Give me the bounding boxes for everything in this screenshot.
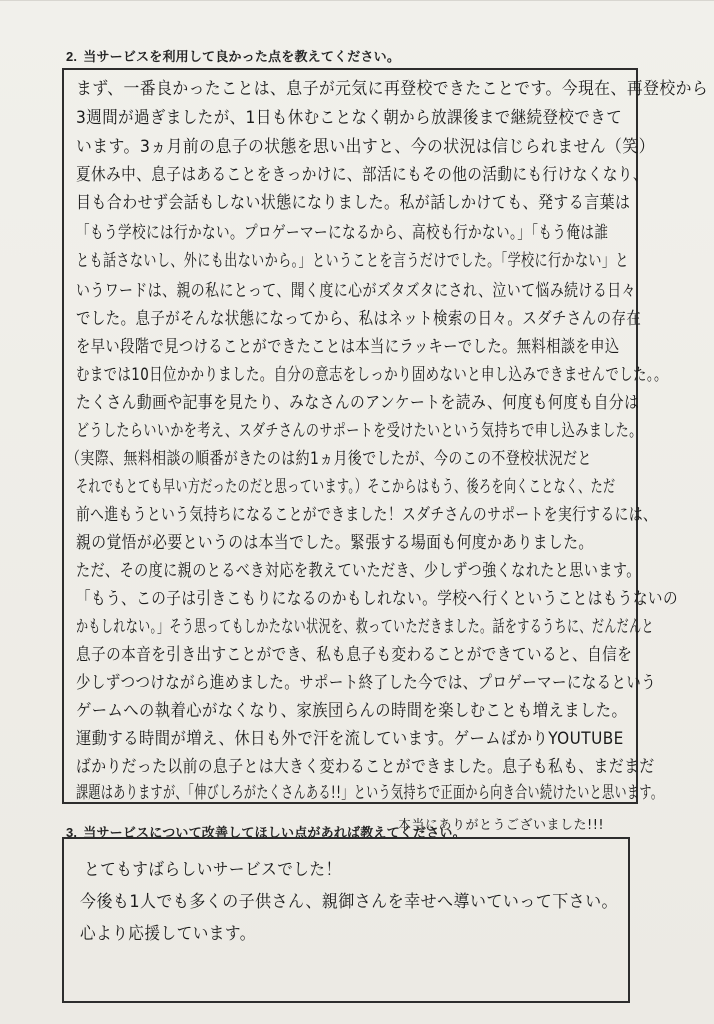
answer-line: 目も合わせず会話もしない状態になりました。私が話しかけても、発する言葉は bbox=[76, 188, 630, 213]
answer-line: 夏休み中、息子はあることをきっかけに、部活にもその他の活動にも行けなくなり、 bbox=[76, 160, 648, 185]
question-2-answer-box: まず、一番良かったことは、息子が元気に再登校できたことです。今現在、再登校から … bbox=[62, 68, 638, 804]
answer-line: 「もう、この子は引きこもりになるのかもしれない。学校へ行くということはもうないの bbox=[76, 584, 678, 609]
answer-line: まず、一番良かったことは、息子が元気に再登校できたことです。今現在、再登校から bbox=[76, 74, 708, 99]
survey-page: 2.当サービスを利用して良かった点を教えてください。 まず、一番良かったことは、… bbox=[0, 0, 714, 1024]
answer-line: たくさん動画や記事を見たり、みなさんのアンケートを読み、何度も何度も自分は bbox=[76, 388, 639, 413]
question-2-heading: 2.当サービスを利用して良かった点を教えてください。 bbox=[66, 46, 400, 65]
answer-line: を早い段階で見つけることができたことは本当にラッキーでした。無料相談を申込 bbox=[76, 332, 620, 357]
answer-line: とてもすばらしいサービスでした！ bbox=[84, 855, 342, 880]
answer-line: 親の覚悟が必要というのは本当でした。緊張する場面も何度かありました。 bbox=[76, 528, 594, 553]
question-3-answer-box: とてもすばらしいサービスでした！ 今後も1人でも多くの子供さん、親御さんを幸せへ… bbox=[62, 837, 630, 1003]
answer-line: （実際、無料相談の順番がきたのは約1ヵ月後でしたが、今のこの不登校状況だと bbox=[66, 444, 592, 469]
answer-line: ゲームへの執着心がなくなり、家族団らんの時間を楽しむことも増えました。 bbox=[76, 696, 627, 721]
answer-line: 前へ進もうという気持ちになることができました！スダチさんのサポートを実行するには… bbox=[76, 500, 657, 525]
question-2-number: 2. bbox=[66, 49, 77, 64]
answer-line: どうしたらいいかを考え、スダチさんのサポートを受けたいという気持ちで申し込みまし… bbox=[76, 416, 643, 441]
answer-line: でした。息子がそんな状態になってから、私はネット検索の日々。スダチさんの存在 bbox=[76, 304, 641, 329]
question-2-title: 当サービスを利用して良かった点を教えてください。 bbox=[83, 49, 400, 64]
answer-line: とも話さないし、外にも出ないから。」ということを言うだけでした。「学校に行かない… bbox=[76, 246, 629, 271]
answer-line: 3週間が過ぎましたが、1日も休むことなく朝から放課後まで継続登校できて bbox=[76, 103, 622, 128]
answer-line: 少しずつつけながら進めました。サポート終了した今では、プロゲーマーになるという bbox=[76, 668, 656, 693]
answer-line: かもしれない。」そう思ってもしかたない状況を、救っていただきました。話をするうち… bbox=[76, 612, 654, 637]
answer-line: いうワードは、親の私にとって、聞く度に心がズタズタにされ、泣いて悩み続ける日々 bbox=[76, 276, 636, 301]
answer-line: むまでは10日位かかりました。自分の意志をしっかり固めないと申し込みできませんで… bbox=[76, 360, 668, 385]
answer-line: 今後も1人でも多くの子供さん、親御さんを幸せへ導いていって下さい。 bbox=[80, 887, 618, 912]
answer-line: 心より応援しています。 bbox=[80, 919, 256, 944]
answer-line: ばかりだった以前の息子とは大きく変わることができました。息子も私も、まだまだ bbox=[76, 752, 655, 777]
answer-line: 息子の本音を引き出すことができ、私も息子も変わることができていると、自信を bbox=[76, 640, 632, 665]
answer-line: 課題はありますが、「伸びしろがたくさんある!!」という気持ちで正面から向き合い続… bbox=[76, 778, 663, 803]
answer-line: それでもとても早い方だったのだと思っています。）そこからはもう、後ろを向くことな… bbox=[76, 472, 615, 497]
answer-line: います。3ヵ月前の息子の状態を思い出すと、今の状況は信じられません（笑） bbox=[76, 132, 655, 157]
answer-line: 「もう学校には行かない。プロゲーマーになるから、高校も行かない。」「もう俺は誰 bbox=[76, 218, 608, 243]
answer-line: 運動する時間が増え、休日も外で汗を流しています。ゲームばかりYOUTUBE bbox=[76, 724, 624, 749]
answer-line: ただ、その度に親のとるべき対応を教えていただき、少しずつ強くなれたと思います。 bbox=[76, 556, 641, 581]
